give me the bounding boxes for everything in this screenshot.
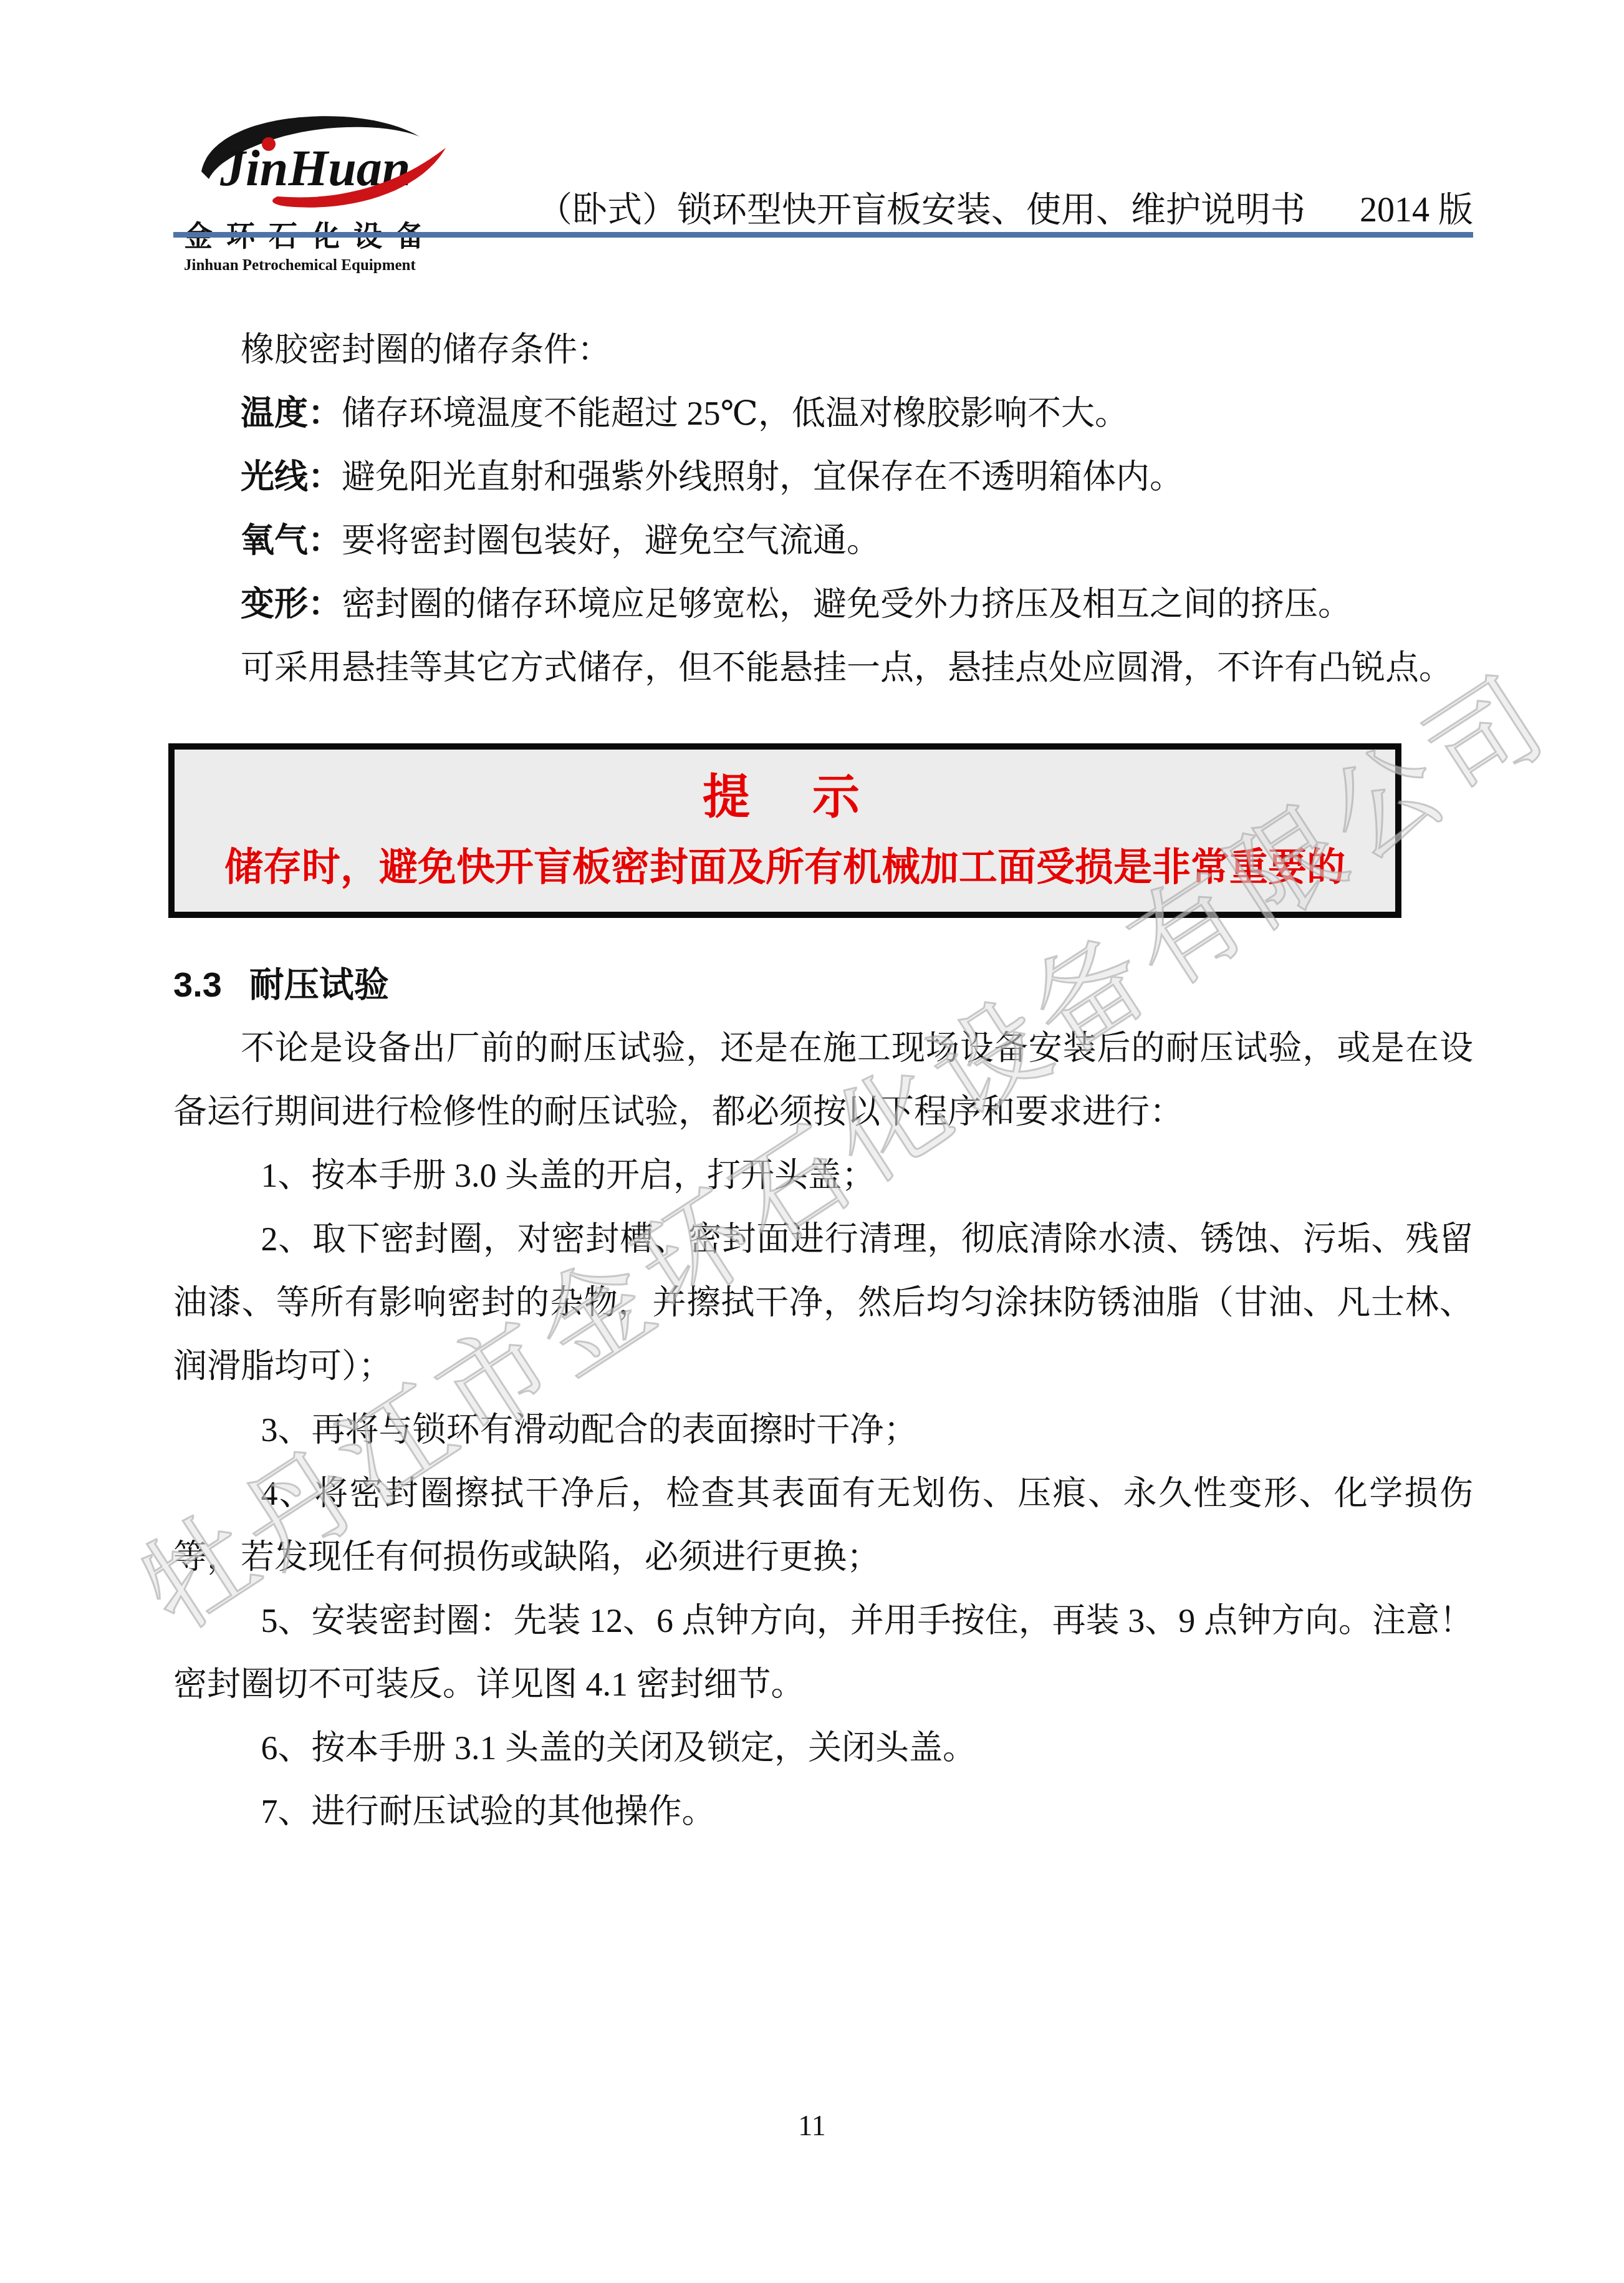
- step-item-1: 1、按本手册 3.0 头盖的开启，打开头盖；: [173, 1144, 1473, 1207]
- step-item-6: 6、按本手册 3.1 头盖的关闭及锁定，关闭头盖。: [173, 1716, 1473, 1780]
- page-footer: 11: [0, 2109, 1624, 2153]
- storage-item-oxygen: 氧气：要将密封圈包装好，避免空气流通。: [173, 509, 1473, 572]
- storage-note: 可采用悬挂等其它方式储存，但不能悬挂一点，悬挂点处应圆滑，不许有凸锐点。: [173, 636, 1473, 700]
- section-heading: 3.3耐压试验: [173, 953, 1473, 1016]
- notice-box: 提 示 储存时，避免快开盲板密封面及所有机械加工面受损是非常重要的: [168, 743, 1401, 918]
- step-item-7: 7、进行耐压试验的其他操作。: [173, 1780, 1473, 1843]
- header-rule: [173, 232, 1473, 238]
- storage-text: 避免阳光直射和强紫外线照射，宜保存在不透明箱体内。: [342, 458, 1183, 496]
- logo-english-name: Jinhuan Petrochemical Equipment: [184, 257, 477, 274]
- header-titlebar: （卧式）锁环型快开盲板安装、使用、维护说明书 2014 版: [537, 182, 1473, 232]
- step-item-2: 2、取下密封圈，对密封槽、密封面进行清理，彻底清除水渍、锈蚀、污垢、残留油漆、等…: [173, 1207, 1473, 1398]
- document-edition: 2014 版: [1360, 182, 1473, 232]
- document-page: { "page": { "header": { "logo": { "scrip…: [0, 0, 1624, 2283]
- section-number: 3.3: [173, 965, 222, 1004]
- main-content: 橡胶密封圈的储存条件： 温度：储存环境温度不能超过 25℃，低温对橡胶影响不大。…: [173, 318, 1473, 1843]
- storage-text: 储存环境温度不能超过 25℃，低温对橡胶影响不大。: [342, 395, 1128, 432]
- notice-title: 提 示: [187, 761, 1383, 834]
- storage-label: 温度：: [241, 395, 342, 432]
- notice-text: 储存时，避免快开盲板密封面及所有机械加工面受损是非常重要的: [187, 834, 1383, 902]
- storage-item-temperature: 温度：储存环境温度不能超过 25℃，低温对橡胶影响不大。: [173, 382, 1473, 445]
- logo-red-dot-icon: [262, 137, 276, 151]
- storage-item-light: 光线：避免阳光直射和强紫外线照射，宜保存在不透明箱体内。: [173, 445, 1473, 509]
- page-number: 11: [798, 2110, 825, 2141]
- storage-text: 要将密封圈包装好，避免空气流通。: [342, 522, 880, 559]
- section-paragraph: 不论是设备出厂前的耐压试验，还是在施工现场设备安装后的耐压试验，或是在设备运行期…: [173, 1016, 1473, 1144]
- storage-item-deformation: 变形：密封圈的储存环境应足够宽松，避免受外力挤压及相互之间的挤压。: [173, 572, 1473, 636]
- company-logo: JinHuan 金环石化设备 Jinhuan Petrochemical Equ…: [184, 109, 477, 274]
- storage-label: 氧气：: [241, 522, 342, 559]
- step-item-3: 3、再将与锁环有滑动配合的表面擦时干净；: [173, 1398, 1473, 1462]
- storage-intro: 橡胶密封圈的储存条件：: [173, 318, 1473, 382]
- section-title: 耐压试验: [249, 965, 389, 1004]
- document-title: （卧式）锁环型快开盲板安装、使用、维护说明书: [537, 182, 1305, 232]
- storage-label: 变形：: [241, 586, 342, 623]
- step-item-4: 4、将密封圈擦拭干净后，检查其表面有无划伤、压痕、永久性变形、化学损伤等，若发现…: [173, 1462, 1473, 1589]
- storage-text: 密封圈的储存环境应足够宽松，避免受外力挤压及相互之间的挤压。: [342, 586, 1352, 623]
- logo-swoosh-graphic: JinHuan: [184, 109, 477, 212]
- storage-label: 光线：: [241, 458, 342, 496]
- step-item-5: 5、安装密封圈：先装 12、6 点钟方向，并用手按住，再装 3、9 点钟方向。注…: [173, 1589, 1473, 1716]
